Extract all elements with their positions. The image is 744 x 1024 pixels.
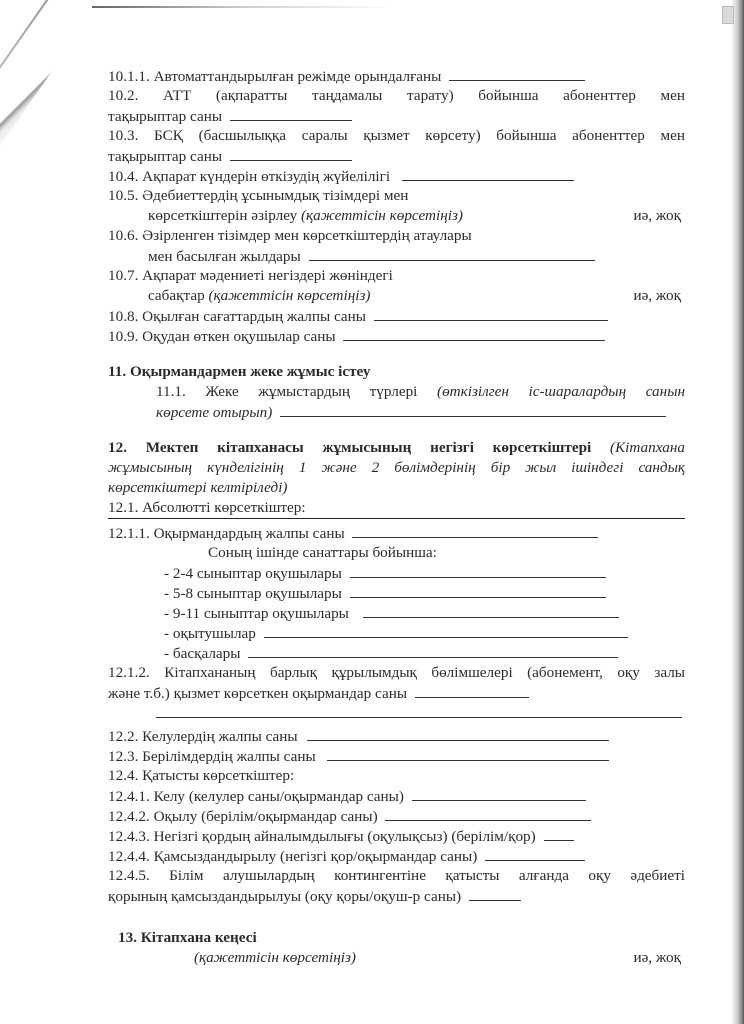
item-12-4-5-line1: 12.4.5. Білім алушылардың контингентіне … [108,866,685,886]
item-label: 10.3. БСҚ (басшылыққа саралы қызмет көрс… [108,127,685,144]
answer-blank[interactable] [230,146,352,161]
item-label: тақырыптар саны [108,108,222,125]
item-10-6-line2: мен басылған жылдары [108,246,685,266]
item-12-3: 12.3. Берілімдердің жалпы саны [108,746,685,766]
item-10-5-line2: көрсеткіштерін әзірлеу (қажеттісін көрсе… [108,206,685,226]
item-label: 10.8. Оқылған сағаттардың жалпы саны [108,308,366,325]
item-label: 12.2. Келулердің жалпы саны [108,728,298,745]
item-label: 12.1.1. Оқырмандардың жалпы саны [108,525,345,542]
item-11-1-line1: 11.1. Жеке жұмыстардың түрлері (өткізілг… [108,382,685,402]
yes-no-answer[interactable]: иә, жоқ [633,286,681,306]
answer-blank[interactable] [485,846,585,861]
item-label: тақырыптар саны [108,148,222,165]
scan-right-edge [732,0,744,1024]
item-note: көрсете отырып) [156,404,272,421]
answer-blank[interactable] [352,523,598,538]
item-label: қорының қамсыздандырылуы (оқу қоры/оқуш-… [108,888,461,905]
item-note: (қажеттісін көрсетіңіз) [208,287,370,304]
item-11-1-line2: көрсете отырып) [108,402,685,422]
answer-blank[interactable] [449,66,585,81]
section-12-heading-line1: 12. Мектеп кітапханасы жұмысының негізгі… [108,438,685,458]
item-label: сабақтар [148,287,205,304]
item-label: 10.7. Ақпарат мәдениеті негіздері жөнінд… [108,267,393,284]
heading-note: жұмысының күнделігінің 1 және 2 бөлімдер… [108,459,685,476]
item-label: 12.1. Абсолютті көрсеткіштер: [108,499,306,516]
item-10-3-line2: тақырыптар саны [108,146,685,166]
heading-text: 12. Мектеп кітапханасы жұмысының негізгі… [108,439,591,456]
answer-blank[interactable] [350,583,606,598]
answer-blank[interactable] [415,683,529,698]
item-label: 10.6. Әзірленген тізімдер мен көрсеткішт… [108,227,472,244]
category-label: - 2-4 сыныптар оқушылары [164,565,342,582]
answer-blank[interactable] [469,886,521,901]
item-label: 12.4. Қатысты көрсеткіштер: [108,767,294,784]
section-13-line2: (қажеттісін көрсетіңіз) иә, жоқ [108,948,685,968]
item-10-2-line2: тақырыптар саны [108,106,685,126]
item-note: (қажеттісін көрсетіңіз) [194,949,356,966]
item-12-4-2: 12.4.2. Оқылу (берілім/оқырмандар саны) [108,806,685,826]
item-10-9: 10.9. Оқудан өткен оқушылар саны [108,326,685,346]
section-13-heading: 13. Кітапхана кеңесі [108,928,685,948]
answer-blank[interactable] [248,643,618,658]
item-12-1: 12.1. Абсолютті көрсеткіштер: [108,498,685,519]
item-label: көрсеткіштерін әзірлеу [148,207,297,224]
category-row: - 2-4 сыныптар оқушылары [108,563,685,583]
item-label: 12.4.4. Қамсыздандырылу (негізгі қор/оқы… [108,848,477,865]
answer-blank[interactable] [343,326,605,341]
category-row: - оқытушылар [108,623,685,643]
answer-blank-extra-line[interactable] [156,703,682,718]
category-label: - басқалары [164,645,240,662]
item-12-4-1: 12.4.1. Келу (келулер саны/оқырмандар са… [108,786,685,806]
form-page: 10.1.1. Автоматтандырылған режімде орынд… [108,66,685,968]
category-label: - 5-8 сыныптар оқушылары [164,585,342,602]
item-label: 10.5. Әдебиеттердің ұсынымдық тізімдері … [108,187,408,204]
section-12-heading-line2: жұмысының күнделігінің 1 және 2 бөлімдер… [108,458,685,478]
item-note: (өткізілген іс-шаралардың санын [437,383,685,400]
item-label: 11.1. Жеке жұмыстардың түрлері [156,383,417,400]
item-12-4-3: 12.4.3. Негізгі қордың айналымдылығы (оқ… [108,826,685,846]
category-row: - басқалары [108,643,685,663]
item-12-4-4: 12.4.4. Қамсыздандырылу (негізгі қор/оқы… [108,846,685,866]
section-12-heading-line3: көрсеткіштері келтіріледі) [108,478,685,498]
yes-no-answer[interactable]: иә, жоқ [633,206,681,226]
item-10-7-line1: 10.7. Ақпарат мәдениеті негіздері жөнінд… [108,266,685,286]
answer-blank[interactable] [230,106,352,121]
item-12-1-2-line1: 12.1.2. Кітапхананың барлық құрылымдық б… [108,663,685,683]
item-10-8: 10.8. Оқылған сағаттардың жалпы саны [108,306,685,326]
item-12-2: 12.2. Келулердің жалпы саны [108,726,685,746]
item-label: 12.1.2. Кітапхананың барлық құрылымдық б… [108,664,685,681]
item-12-4-5-line2: қорының қамсыздандырылуы (оқу қоры/оқуш-… [108,886,685,906]
item-label: 10.4. Ақпарат күндерін өткізудің жүйеліл… [108,168,390,185]
item-10-6-line1: 10.6. Әзірленген тізімдер мен көрсеткішт… [108,226,685,246]
item-10-3-line1: 10.3. БСҚ (басшылыққа саралы қызмет көрс… [108,126,685,146]
page-top-edge [92,6,392,8]
section-11-heading: 11. Оқырмандармен жеке жұмыс істеу [108,362,685,382]
item-label: 12.4.5. Білім алушылардың контингентіне … [108,867,685,884]
folded-corner [0,0,100,150]
item-label: 10.2. АТТ (ақпаратты таңдамалы тарату) б… [108,87,685,104]
heading-text: 11. Оқырмандармен жеке жұмыс істеу [108,363,370,380]
item-label: Соның ішінде санаттары бойынша: [208,544,437,561]
category-label: - оқытушылар [164,625,256,642]
item-label: 12.3. Берілімдердің жалпы саны [108,748,316,765]
category-label: - 9-11 сыныптар оқушылары [164,605,349,622]
yes-no-answer[interactable]: иә, жоқ [633,948,681,968]
item-12-1-2-line2: және т.б.) қызмет көрсеткен оқырмандар с… [108,683,685,703]
category-row: - 9-11 сыныптар оқушылары [108,603,685,623]
item-label: 10.9. Оқудан өткен оқушылар саны [108,328,336,345]
item-label: 12.4.2. Оқылу (берілім/оқырмандар саны) [108,808,378,825]
by-category-label: Соның ішінде санаттары бойынша: [108,543,685,563]
item-note: (қажеттісін көрсетіңіз) [301,207,463,224]
answer-blank[interactable] [544,826,574,841]
scan-edge-tab [722,6,734,24]
answer-blank[interactable] [363,603,619,618]
item-10-5-line1: 10.5. Әдебиеттердің ұсынымдық тізімдері … [108,186,685,206]
item-10-7-line2: сабақтар (қажеттісін көрсетіңіз) иә, жоқ [108,286,685,306]
item-label: 12.4.1. Келу (келулер саны/оқырмандар са… [108,788,404,805]
item-12-1-1: 12.1.1. Оқырмандардың жалпы саны [108,523,685,543]
item-10-2-line1: 10.2. АТТ (ақпаратты таңдамалы тарату) б… [108,86,685,106]
heading-text: 13. Кітапхана кеңесі [118,929,257,946]
item-10-1-1: 10.1.1. Автоматтандырылған режімде орынд… [108,66,685,86]
item-12-4: 12.4. Қатысты көрсеткіштер: [108,766,685,786]
item-label: және т.б.) қызмет көрсеткен оқырмандар с… [108,685,407,702]
answer-blank[interactable] [264,623,628,638]
category-row: - 5-8 сыныптар оқушылары [108,583,685,603]
item-label: мен басылған жылдары [148,248,301,265]
answer-blank[interactable] [307,726,609,741]
item-label: 10.1.1. Автоматтандырылған режімде орынд… [108,68,441,85]
item-label: 12.4.3. Негізгі қордың айналымдылығы (оқ… [108,828,536,845]
heading-note: (Кітапхана [610,439,685,456]
answer-blank[interactable] [374,306,608,321]
answer-blank[interactable] [402,166,574,181]
answer-blank[interactable] [280,402,666,417]
answer-blank[interactable] [385,806,591,821]
answer-blank[interactable] [350,563,606,578]
answer-blank[interactable] [327,746,609,761]
item-10-4: 10.4. Ақпарат күндерін өткізудің жүйеліл… [108,166,685,186]
answer-blank[interactable] [309,246,595,261]
answer-blank[interactable] [412,786,586,801]
heading-note: көрсеткіштері келтіріледі) [108,479,287,496]
